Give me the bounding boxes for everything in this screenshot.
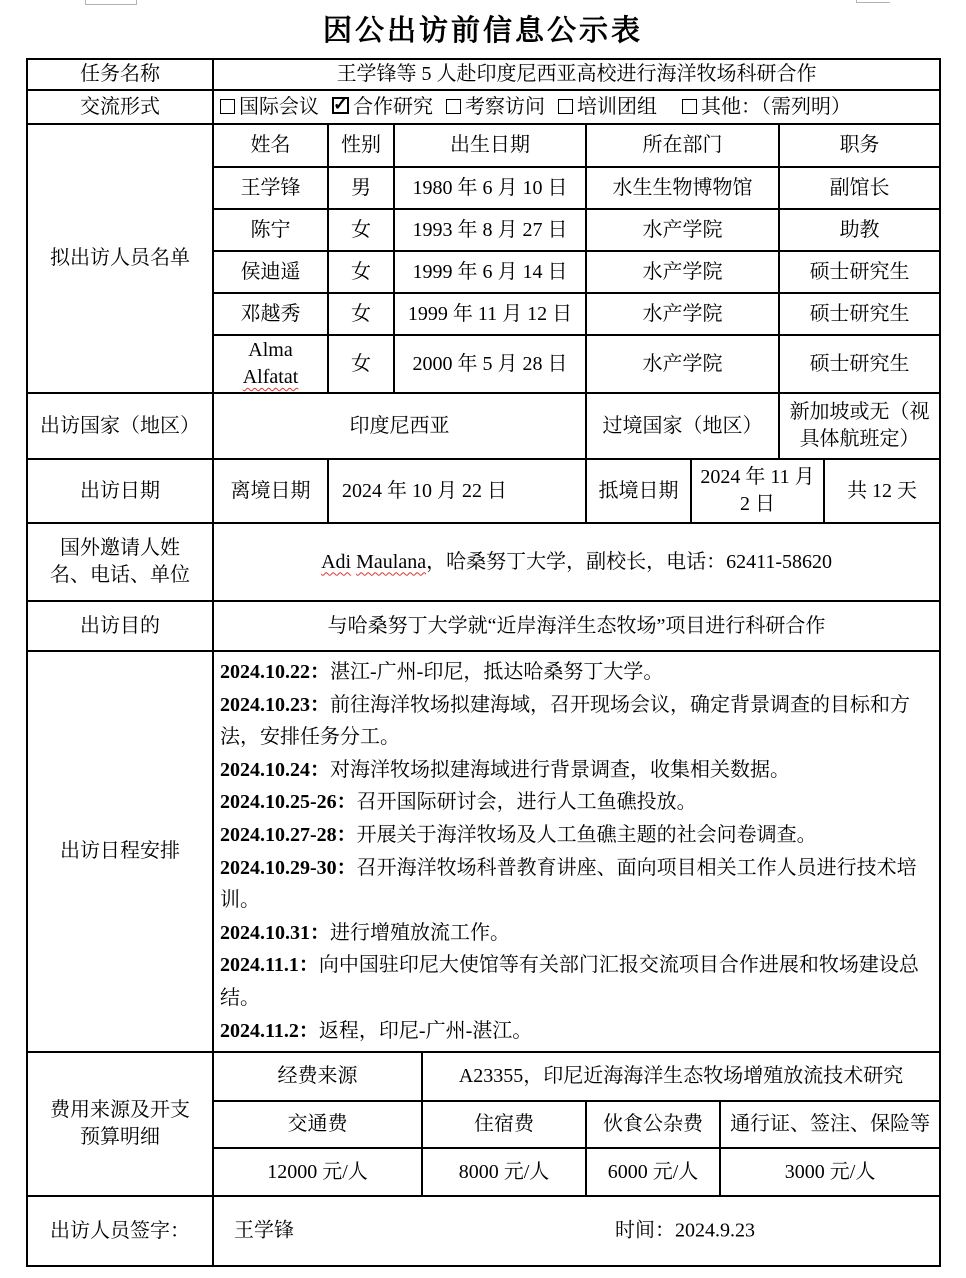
fee-value-meals: 6000 元/人 xyxy=(586,1148,720,1196)
person-birth: 1993 年 8 月 27 日 xyxy=(394,209,586,251)
person-birth: 1980 年 6 月 10 日 xyxy=(394,167,586,209)
signature-cell: 王学锋 时间：2024.9.23 xyxy=(213,1196,940,1266)
purpose-value: 与哈桑努丁大学就“近岸海洋生态牧场”项目进行科研合作 xyxy=(213,601,940,651)
col-header-gender: 性别 xyxy=(328,124,394,167)
row-purpose: 出访目的 与哈桑努丁大学就“近岸海洋生态牧场”项目进行科研合作 xyxy=(27,601,940,651)
exchange-label: 交流形式 xyxy=(27,90,213,124)
itinerary-date: 2024.10.23： xyxy=(220,694,330,716)
exchange-checkbox[interactable] xyxy=(332,97,349,114)
person-position: 硕士研究生 xyxy=(779,293,940,335)
itinerary-text: 开展关于海洋牧场及人工鱼礁主题的社会问卷调查。 xyxy=(357,824,817,846)
itinerary-date: 2024.11.1： xyxy=(220,954,319,976)
page-title: 因公出访前信息公示表 xyxy=(0,8,966,49)
person-name: 侯迪遥 xyxy=(213,251,328,293)
transit-value: 新加坡或无（视具体航班定） xyxy=(779,393,940,459)
person-gender: 女 xyxy=(328,251,394,293)
itinerary-text: 进行增殖放流工作。 xyxy=(330,922,510,944)
inviter-name-part2: Maulana xyxy=(356,551,426,573)
itinerary-item: 2024.11.1：向中国驻印尼大使馆等有关部门汇报交流项目合作进展和牧场建设总… xyxy=(220,949,931,1014)
person-name: 邓越秀 xyxy=(213,293,328,335)
fee-header-transport: 交通费 xyxy=(213,1101,422,1148)
itinerary-item: 2024.10.29-30：召开海洋牧场科普教育讲座、面向项目相关工作人员进行技… xyxy=(220,852,931,917)
itinerary-date: 2024.11.2： xyxy=(220,1020,319,1042)
exchange-option: 考察访问 xyxy=(446,96,545,118)
person-birth: 2000 年 5 月 28 日 xyxy=(394,335,586,393)
row-budget-source: 费用来源及开支预算明细 经费来源 A23355，印尼近海海洋生态牧场增殖放流技术… xyxy=(27,1052,940,1101)
exchange-options: 国际会议合作研究考察访问培训团组其他：（需列明） xyxy=(213,90,940,124)
person-department: 水生生物博物馆 xyxy=(586,167,779,209)
departure-value: 2024 年 10 月 22 日 xyxy=(328,459,586,523)
itinerary-date: 2024.10.29-30： xyxy=(220,857,357,879)
exchange-option: 国际会议 xyxy=(220,96,319,118)
exchange-option-label: 合作研究 xyxy=(353,96,433,118)
person-position: 硕士研究生 xyxy=(779,251,940,293)
person-department: 水产学院 xyxy=(586,209,779,251)
fee-value-lodging: 8000 元/人 xyxy=(422,1148,586,1196)
inviter-label-text: 国外邀请人姓名、电话、单位 xyxy=(47,535,193,589)
task-label: 任务名称 xyxy=(27,59,213,90)
exchange-option: 培训团组 xyxy=(558,96,657,118)
itinerary-date: 2024.10.25-26： xyxy=(220,791,357,813)
exchange-checkbox[interactable] xyxy=(682,99,697,114)
departure-label: 离境日期 xyxy=(213,459,328,523)
exchange-checkbox[interactable] xyxy=(446,99,461,114)
person-name-last: Alfatat xyxy=(243,366,299,388)
col-header-department: 所在部门 xyxy=(586,124,779,167)
fee-header-lodging: 住宿费 xyxy=(422,1101,586,1148)
dates-label: 出访日期 xyxy=(27,459,213,523)
col-header-birth: 出生日期 xyxy=(394,124,586,167)
fee-header-permits: 通行证、签注、保险等 xyxy=(720,1101,940,1148)
exchange-option-label: 培训团组 xyxy=(577,96,657,118)
itinerary-item: 2024.10.25-26：召开国际研讨会，进行人工鱼礁投放。 xyxy=(220,786,931,819)
itinerary-item: 2024.10.22：湛江-广州-印尼，抵达哈桑努丁大学。 xyxy=(220,656,931,689)
funding-source-value: A23355，印尼近海海洋生态牧场增殖放流技术研究 xyxy=(422,1052,940,1101)
budget-label: 费用来源及开支预算明细 xyxy=(27,1052,213,1196)
funding-source-label: 经费来源 xyxy=(213,1052,422,1101)
row-task: 任务名称 王学锋等 5 人赴印度尼西亚高校进行海洋牧场科研合作 xyxy=(27,59,940,90)
person-birth: 1999 年 6 月 14 日 xyxy=(394,251,586,293)
fee-value-permits: 3000 元/人 xyxy=(720,1148,940,1196)
itinerary-date: 2024.10.27-28： xyxy=(220,824,357,846)
row-dates: 出访日期 离境日期 2024 年 10 月 22 日 抵境日期 2024 年 1… xyxy=(27,459,940,523)
task-value: 王学锋等 5 人赴印度尼西亚高校进行海洋牧场科研合作 xyxy=(213,59,940,90)
person-department: 水产学院 xyxy=(586,293,779,335)
destination-value: 印度尼西亚 xyxy=(213,393,586,459)
exchange-option-label: 国际会议 xyxy=(239,96,319,118)
itinerary-text: 对海洋牧场拟建海域进行背景调查，收集相关数据。 xyxy=(330,759,790,781)
person-position: 副馆长 xyxy=(779,167,940,209)
transit-value-text: 新加坡或无（视具体航班定） xyxy=(786,399,933,453)
inviter-value: Adi Maulana，哈桑努丁大学，副校长，电话：62411-58620 xyxy=(213,523,940,601)
itinerary-item: 2024.10.27-28：开展关于海洋牧场及人工鱼礁主题的社会问卷调查。 xyxy=(220,819,931,852)
fee-header-meals: 伙食公杂费 xyxy=(586,1101,720,1148)
signature-label: 出访人员签字： xyxy=(27,1196,213,1266)
person-position: 硕士研究生 xyxy=(779,335,940,393)
exchange-option: 合作研究 xyxy=(332,96,433,118)
person-department: 水产学院 xyxy=(586,335,779,393)
person-gender: 女 xyxy=(328,335,394,393)
person-gender: 女 xyxy=(328,209,394,251)
purpose-label: 出访目的 xyxy=(27,601,213,651)
itinerary-item: 2024.10.31：进行增殖放流工作。 xyxy=(220,917,931,950)
duration-value: 共 12 天 xyxy=(824,459,940,523)
exchange-option-label: 其他：（需列明） xyxy=(701,96,851,118)
exchange-checkbox[interactable] xyxy=(558,99,573,114)
inviter-name-part1: Adi xyxy=(321,551,351,573)
itinerary-date: 2024.10.22： xyxy=(220,661,330,683)
itinerary-date: 2024.10.24： xyxy=(220,759,330,781)
transit-label: 过境国家（地区） xyxy=(586,393,779,459)
row-exchange-type: 交流形式 国际会议合作研究考察访问培训团组其他：（需列明） xyxy=(27,90,940,124)
arrival-value: 2024 年 11 月 2 日 xyxy=(691,459,824,523)
itinerary-item: 2024.11.2：返程，印尼-广州-湛江。 xyxy=(220,1015,931,1048)
text-boundary-mark-left xyxy=(85,0,137,5)
person-name-first: Alma xyxy=(248,339,292,361)
itinerary-date: 2024.10.31： xyxy=(220,922,330,944)
exchange-option-label: 考察访问 xyxy=(465,96,545,118)
person-name: 陈宁 xyxy=(213,209,328,251)
itinerary-label: 出访日程安排 xyxy=(27,651,213,1052)
person-gender: 男 xyxy=(328,167,394,209)
publicity-form-table: 任务名称 王学锋等 5 人赴印度尼西亚高校进行海洋牧场科研合作 交流形式 国际会… xyxy=(26,58,941,1267)
inviter-details: ，哈桑努丁大学，副校长，电话：62411-58620 xyxy=(426,551,832,573)
person-name: 王学锋 xyxy=(213,167,328,209)
itinerary-text: 向中国驻印尼大使馆等有关部门汇报交流项目合作进展和牧场建设总结。 xyxy=(220,954,919,1009)
personnel-label: 拟出访人员名单 xyxy=(27,124,213,393)
col-header-position: 职务 xyxy=(779,124,940,167)
itinerary-text: 召开国际研讨会，进行人工鱼礁投放。 xyxy=(357,791,697,813)
exchange-checkbox[interactable] xyxy=(220,99,235,114)
exchange-option: 其他：（需列明） xyxy=(682,96,851,118)
person-position: 助教 xyxy=(779,209,940,251)
row-signature: 出访人员签字： 王学锋 时间：2024.9.23 xyxy=(27,1196,940,1266)
text-boundary-mark-right xyxy=(856,0,890,3)
destination-label: 出访国家（地区） xyxy=(27,393,213,459)
itinerary-text: 返程，印尼-广州-湛江。 xyxy=(319,1020,532,1042)
signature-name: 王学锋 xyxy=(234,1218,294,1245)
person-gender: 女 xyxy=(328,293,394,335)
fee-value-transport: 12000 元/人 xyxy=(213,1148,422,1196)
person-birth: 1999 年 11 月 12 日 xyxy=(394,293,586,335)
row-itinerary: 出访日程安排 2024.10.22：湛江-广州-印尼，抵达哈桑努丁大学。 202… xyxy=(27,651,940,1052)
budget-label-text: 费用来源及开支预算明细 xyxy=(47,1097,193,1151)
itinerary-text: 湛江-广州-印尼，抵达哈桑努丁大学。 xyxy=(330,661,663,683)
arrival-label: 抵境日期 xyxy=(586,459,691,523)
inviter-label: 国外邀请人姓名、电话、单位 xyxy=(27,523,213,601)
row-personnel-header: 拟出访人员名单 姓名 性别 出生日期 所在部门 职务 xyxy=(27,124,940,167)
itinerary-content: 2024.10.22：湛江-广州-印尼，抵达哈桑努丁大学。 2024.10.23… xyxy=(213,651,940,1052)
person-name: Alma Alfatat xyxy=(213,335,328,393)
itinerary-item: 2024.10.23：前往海洋牧场拟建海域，召开现场会议，确定背景调查的目标和方… xyxy=(220,689,931,754)
signature-time: 时间：2024.9.23 xyxy=(615,1218,755,1245)
row-destination: 出访国家（地区） 印度尼西亚 过境国家（地区） 新加坡或无（视具体航班定） xyxy=(27,393,940,459)
col-header-name: 姓名 xyxy=(213,124,328,167)
person-department: 水产学院 xyxy=(586,251,779,293)
itinerary-item: 2024.10.24：对海洋牧场拟建海域进行背景调查，收集相关数据。 xyxy=(220,754,931,787)
row-inviter: 国外邀请人姓名、电话、单位 Adi Maulana，哈桑努丁大学，副校长，电话：… xyxy=(27,523,940,601)
